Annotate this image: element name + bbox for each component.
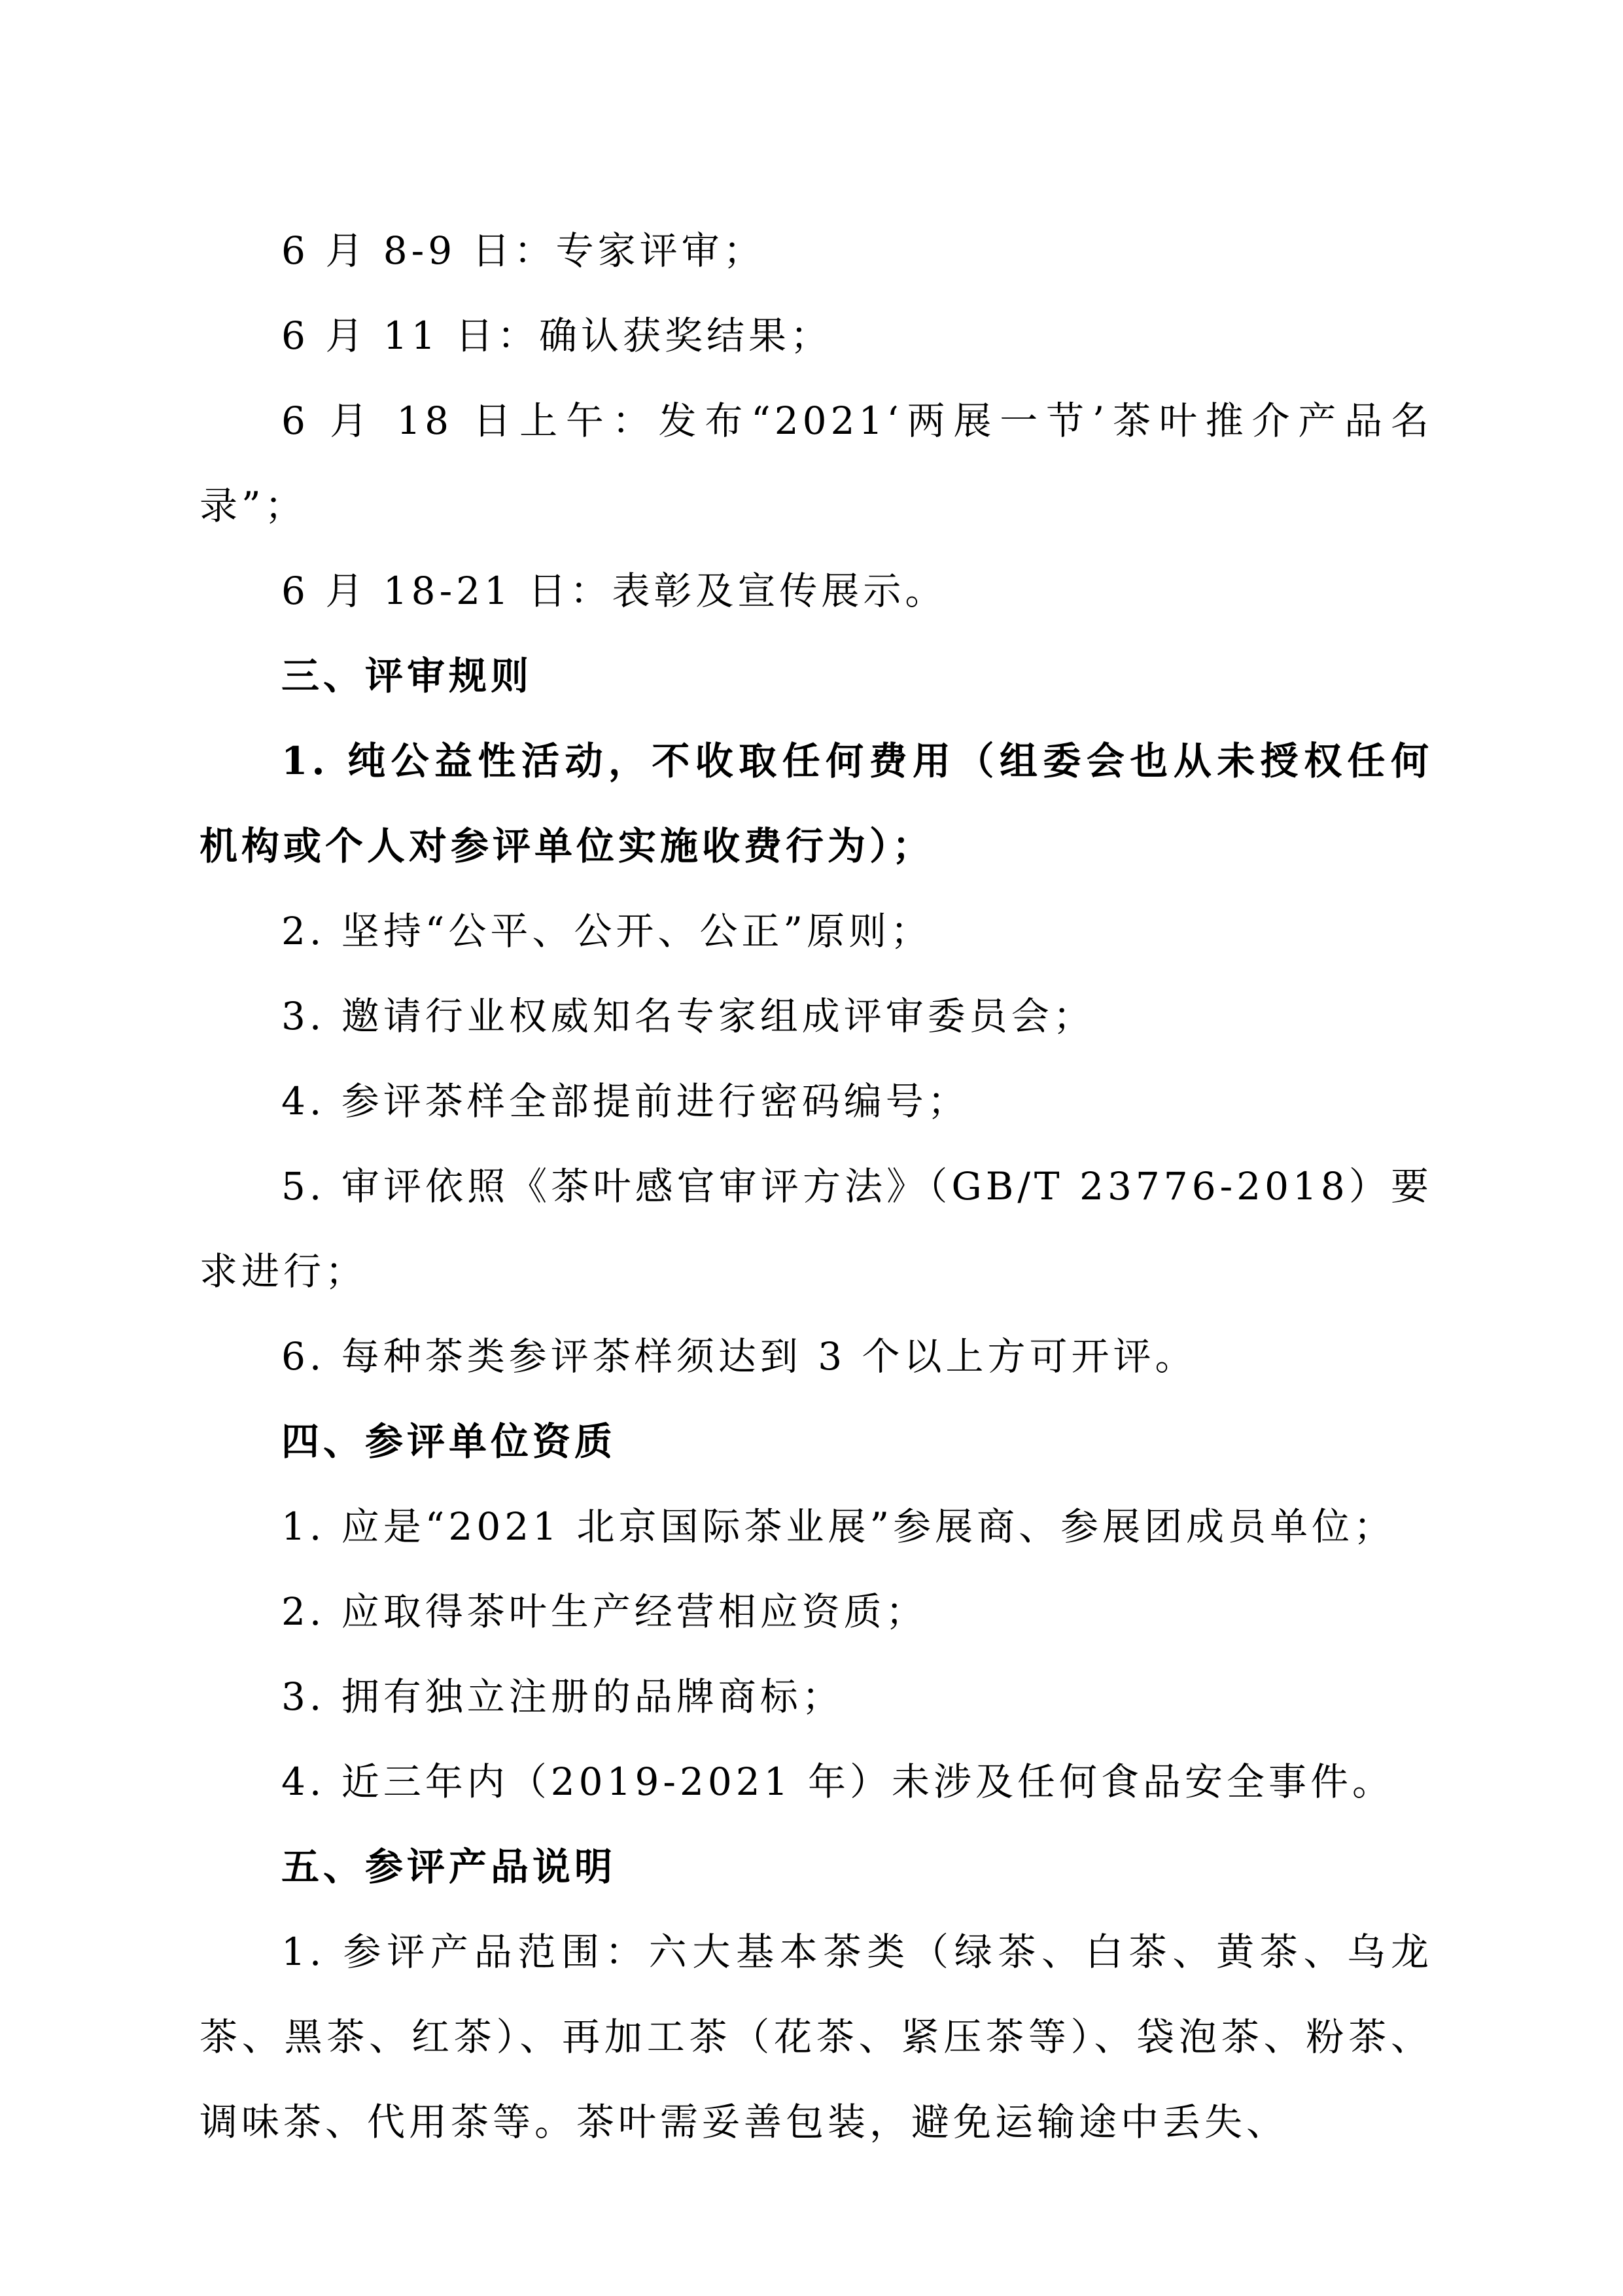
product-item-1: 1. 参评产品范围：六大基本茶类（绿茶、白茶、黄茶、乌龙茶、黑茶、红茶）、再加工… [200,1909,1433,2164]
document-page: 6 月 8-9 日：专家评审； 6 月 11 日：确认获奖结果； 6 月 18 … [200,208,1433,2164]
schedule-item-commendation: 6 月 18-21 日：表彰及宣传展示。 [200,548,1433,633]
qualification-item-1: 1. 应是“2021 北京国际茶业展”参展商、参展团成员单位； [200,1484,1433,1569]
rule-item-5: 5. 审评依照《茶叶感官审评方法》（GB/T 23776-2018）要求进行； [200,1144,1433,1314]
section-3-heading: 三、评审规则 [200,633,1433,718]
rule-item-3: 3. 邀请行业权威知名专家组成评审委员会； [200,974,1433,1059]
rule-item-4: 4. 参评茶样全部提前进行密码编号； [200,1059,1433,1144]
schedule-item-confirm-results: 6 月 11 日：确认获奖结果； [200,293,1433,378]
section-5-heading: 五、参评产品说明 [200,1824,1433,1909]
rule-item-2: 2. 坚持“公平、公开、公正”原则； [200,889,1433,974]
rule-item-6: 6. 每种茶类参评茶样须达到 3 个以上方可开评。 [200,1314,1433,1399]
qualification-item-2: 2. 应取得茶叶生产经营相应资质； [200,1569,1433,1654]
qualification-item-3: 3. 拥有独立注册的品牌商标； [200,1654,1433,1739]
section-4-heading: 四、参评单位资质 [200,1399,1433,1484]
rule-item-1: 1. 纯公益性活动，不收取任何费用（组委会也从未授权任何机构或个人对参评单位实施… [200,718,1433,889]
schedule-item-publish-list: 6 月 18 日上午：发布“2021‘两展一节’茶叶推介产品名录”； [200,378,1433,548]
qualification-item-4: 4. 近三年内（2019-2021 年）未涉及任何食品安全事件。 [200,1739,1433,1824]
schedule-item-expert-review: 6 月 8-9 日：专家评审； [200,208,1433,293]
